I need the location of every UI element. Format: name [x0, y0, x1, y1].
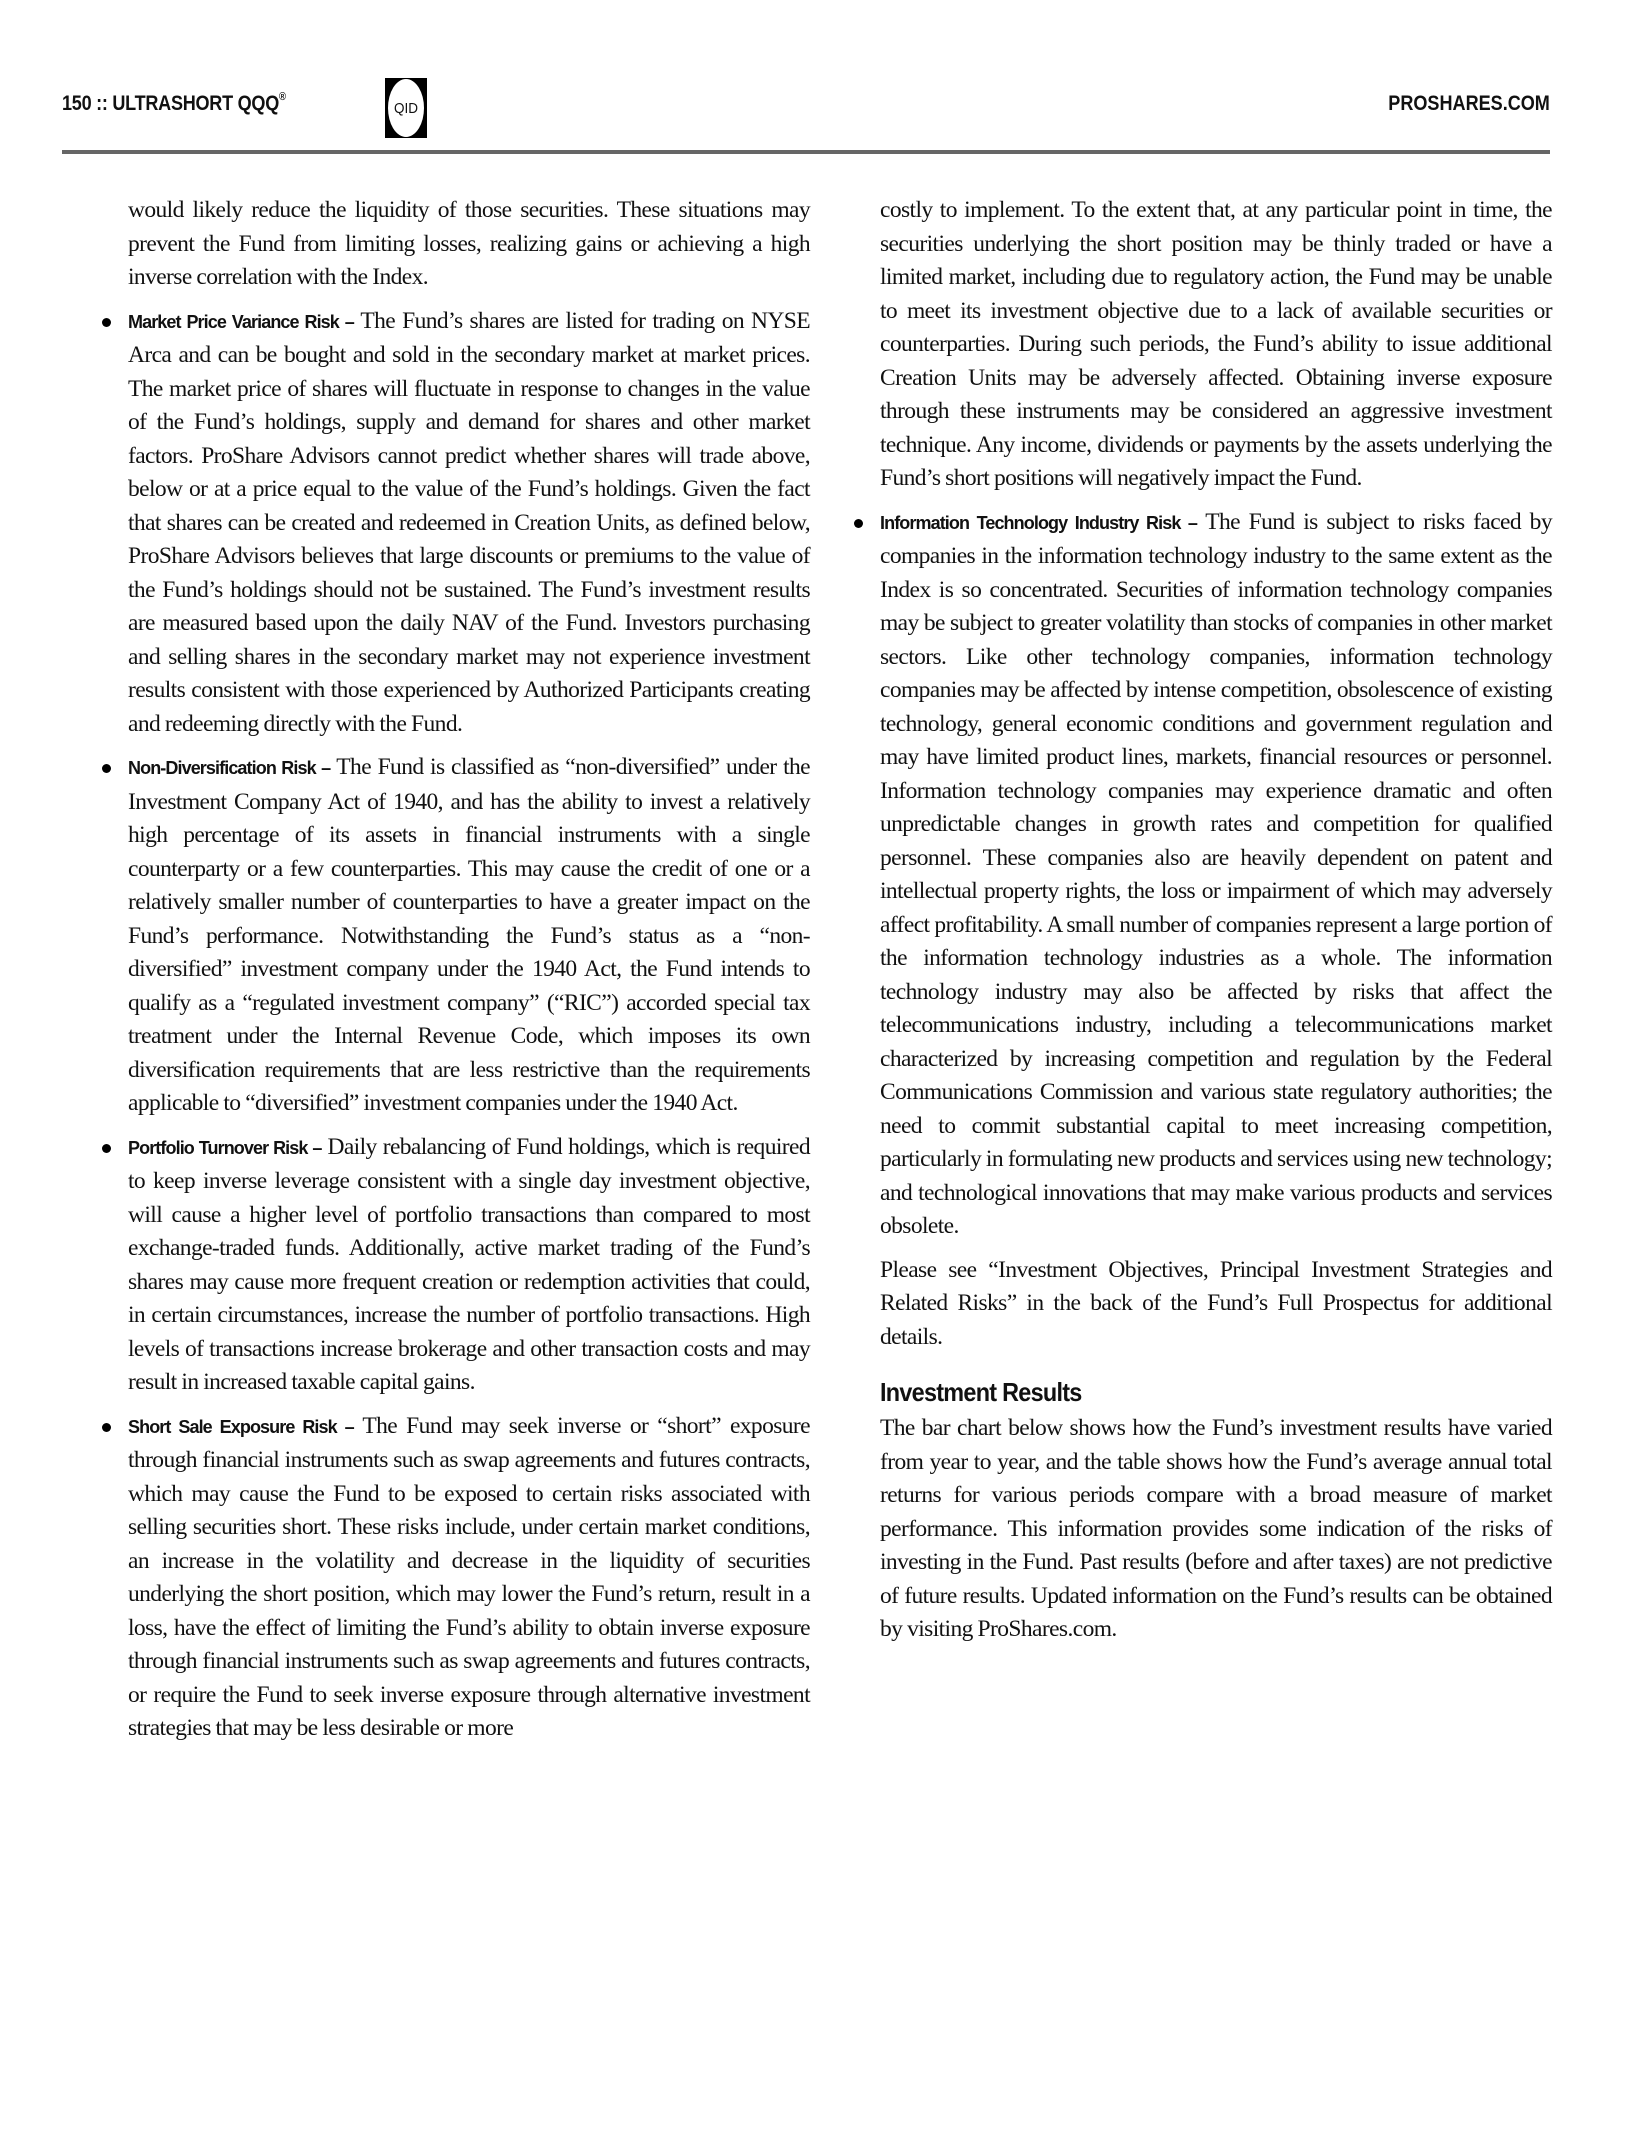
risk-text: Daily rebalancing of Fund holdings, whic… [128, 1134, 810, 1396]
investment-results-heading: Investment Results [880, 1376, 1485, 1408]
bullet-icon [102, 318, 111, 327]
risk-title: Portfolio Turnover Risk – [128, 1138, 321, 1158]
risk-text: The Fund may seek inverse or “short” exp… [128, 1413, 810, 1742]
risk-text: The Fund is classified as “non-diversifi… [128, 754, 810, 1116]
bullet-icon [854, 519, 863, 528]
risk-item-market-price-variance: Market Price Variance Risk – The Fund’s … [128, 305, 810, 742]
bullet-icon [102, 764, 111, 773]
site-label: PROSHARES.COM [1388, 92, 1550, 116]
header-rule [62, 150, 1550, 154]
bullet-icon [102, 1144, 111, 1153]
ticker-badge: QID [385, 78, 427, 138]
risk-item-short-sale-exposure: Short Sale Exposure Risk – The Fund may … [128, 1410, 810, 1746]
risk-item-portfolio-turnover: Portfolio Turnover Risk – Daily rebalanc… [128, 1131, 810, 1400]
left-column: would likely reduce the liquidity of tho… [128, 194, 810, 1746]
ticker-badge-label: QID [388, 79, 424, 137]
page-label-text: 150 :: ULTRASHORT QQQ [62, 92, 279, 115]
page-label: 150 :: ULTRASHORT QQQ® [62, 92, 286, 116]
continuation-text: costly to implement. To the extent that,… [880, 194, 1552, 496]
risk-title: Short Sale Exposure Risk – [128, 1417, 354, 1437]
risk-title: Information Technology Industry Risk – [880, 513, 1197, 533]
registered-mark: ® [279, 91, 286, 103]
see-also-text: Please see “Investment Objectives, Princ… [880, 1254, 1552, 1355]
risk-title: Non-Diversification Risk – [128, 758, 330, 778]
risk-item-information-technology: Information Technology Industry Risk – T… [880, 506, 1552, 1244]
page-header: 150 :: ULTRASHORT QQQ® QID PROSHARES.COM [62, 78, 1550, 158]
bullet-icon [102, 1423, 111, 1432]
risk-text: The Fund’s shares are listed for trading… [128, 308, 810, 737]
risk-item-non-diversification: Non-Diversification Risk – The Fund is c… [128, 751, 810, 1121]
risk-text: The Fund is subject to risks faced by co… [880, 509, 1552, 1240]
investment-results-body: The bar chart below shows how the Fund’s… [880, 1412, 1552, 1647]
continuation-text: would likely reduce the liquidity of tho… [128, 194, 810, 295]
risk-title: Market Price Variance Risk – [128, 312, 354, 332]
right-column: costly to implement. To the extent that,… [880, 194, 1552, 1647]
